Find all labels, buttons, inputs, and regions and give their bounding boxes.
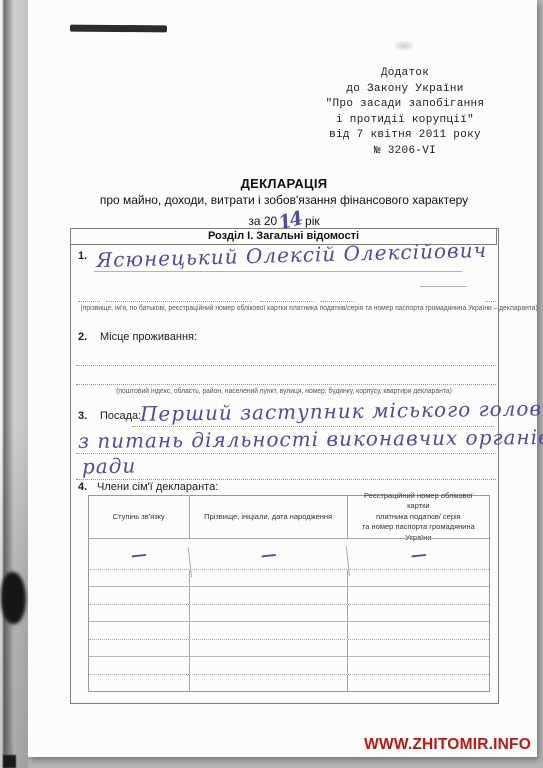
document-title-block: ДЕКЛАРАЦІЯ про майно, доходи, витрати і … bbox=[70, 176, 498, 230]
ruled-line bbox=[320, 301, 354, 302]
table-cell bbox=[189, 657, 347, 673]
col-header-line: Реєстраційний номер облікової картки bbox=[352, 491, 485, 512]
item2-number: 2. bbox=[78, 331, 87, 343]
table-cell bbox=[89, 657, 189, 673]
table-cell bbox=[89, 587, 189, 603]
col-header-relation: Ступінь зв'язку bbox=[89, 496, 189, 538]
table-cell bbox=[189, 675, 347, 691]
item1-number: 1. bbox=[78, 250, 87, 262]
table-row bbox=[89, 656, 489, 673]
table-cell bbox=[347, 675, 489, 691]
table-row-handwritten-dashes: — — — bbox=[89, 538, 489, 569]
table-row bbox=[89, 586, 489, 603]
year-prefix: за 20 bbox=[248, 214, 277, 228]
table-cell bbox=[347, 657, 489, 673]
col-header-regnumber: Реєстраційний номер облікової картки пла… bbox=[347, 496, 489, 538]
appendix-line: і протидії корупції" bbox=[295, 113, 515, 129]
year-suffix: рік bbox=[302, 214, 320, 228]
table-row bbox=[89, 569, 489, 586]
appendix-line: до Закону України bbox=[295, 82, 515, 98]
ruled-line bbox=[76, 479, 496, 480]
ruled-line bbox=[76, 453, 496, 454]
ruled-line bbox=[420, 286, 467, 287]
ruled-line bbox=[106, 301, 252, 302]
ruled-line bbox=[76, 365, 496, 366]
staple-mark bbox=[70, 25, 167, 33]
col-header-line: платника податків/ серія bbox=[352, 512, 485, 523]
appendix-line: "Про засади запобігання bbox=[295, 97, 515, 113]
family-members-table: Ступінь зв'язку Прізвище, ініціали, дата… bbox=[88, 495, 490, 692]
ruled-line bbox=[94, 271, 462, 272]
scan-artifact-blob bbox=[1, 572, 26, 624]
table-cell bbox=[347, 640, 489, 656]
document-subtitle: про майно, доходи, витрати і зобов'язанн… bbox=[70, 193, 498, 207]
table-cell bbox=[189, 605, 347, 621]
appendix-reference-block: Додаток до Закону України "Про засади за… bbox=[295, 66, 515, 160]
scan-artifact-corner bbox=[3, 755, 16, 768]
table-row bbox=[89, 639, 489, 656]
table-cell bbox=[347, 605, 489, 621]
table-row bbox=[89, 674, 489, 691]
item4-label: Члени сім'ї декларанта: bbox=[97, 481, 218, 493]
table-cell bbox=[347, 622, 489, 638]
table-cell bbox=[89, 605, 189, 621]
table-cell bbox=[89, 640, 189, 656]
ruled-line bbox=[78, 301, 100, 302]
ruled-line bbox=[76, 384, 496, 385]
table-cell bbox=[89, 622, 189, 638]
item3-handwritten-line: з питань діяльності виконавчих органів bbox=[78, 425, 543, 453]
table-row bbox=[89, 621, 489, 638]
item3-handwritten-line: ради bbox=[82, 454, 137, 479]
table-header-row: Ступінь зв'язку Прізвище, ініціали, дата… bbox=[89, 496, 489, 538]
item3-number: 3. bbox=[78, 410, 87, 422]
table-cell bbox=[189, 640, 347, 656]
appendix-line: Додаток bbox=[295, 66, 515, 82]
ruled-line bbox=[485, 301, 496, 302]
item4-number: 4. bbox=[78, 481, 87, 493]
table-cell bbox=[347, 587, 489, 603]
table-row bbox=[89, 604, 489, 621]
col-header-name: Прізвище, ініціали, дата народження bbox=[189, 496, 347, 538]
item1-hint: (прізвище, ім'я, по батькові, реєстрацій… bbox=[80, 305, 487, 312]
scanner-edge-shade bbox=[0, 0, 28, 768]
faint-smudge bbox=[393, 40, 415, 52]
item2-label: Місце проживання: bbox=[100, 331, 197, 343]
table-cell bbox=[189, 622, 347, 638]
document-title: ДЕКЛАРАЦІЯ bbox=[70, 176, 498, 191]
appendix-line: від 7 квітня 2011 року bbox=[295, 128, 515, 144]
year-line: за 2014 рік bbox=[70, 208, 498, 230]
item3-label: Посада: bbox=[100, 410, 141, 422]
ruled-line bbox=[260, 301, 314, 302]
table-cell bbox=[189, 587, 347, 603]
table-cell bbox=[89, 675, 189, 691]
site-watermark: WWW.ZHITOMIR.INFO bbox=[364, 736, 531, 754]
appendix-line: № 3206-VI bbox=[295, 144, 515, 160]
scanned-declaration-page: Додаток до Закону України "Про засади за… bbox=[0, 0, 543, 768]
item2-hint: (поштовий індекс, область, район, населе… bbox=[80, 388, 487, 395]
